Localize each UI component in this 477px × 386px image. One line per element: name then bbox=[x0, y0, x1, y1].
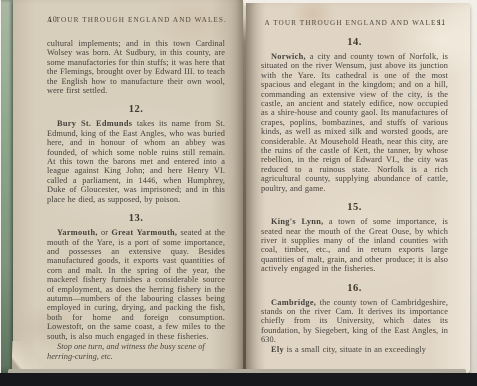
continuation-paragraph: cultural implements; and in this town Ca… bbox=[47, 39, 225, 95]
section-13-number: 13. bbox=[47, 213, 225, 224]
right-page: A TOUR THROUGH ENGLAND AND WALES. 11 14.… bbox=[246, 3, 470, 373]
running-header-left: 10 A TOUR THROUGH ENGLAND AND WALES. bbox=[47, 15, 225, 25]
ely-partial-paragraph: Ely is a small city, situate in an excee… bbox=[261, 345, 448, 354]
running-header-right: A TOUR THROUGH ENGLAND AND WALES. 11 bbox=[261, 18, 448, 28]
left-page: 10 A TOUR THROUGH ENGLAND AND WALES. cul… bbox=[13, 0, 243, 372]
ely-text: is a small city, situate in an exceeding… bbox=[284, 345, 426, 354]
section-14-text: a city and county town of Norfolk, is si… bbox=[261, 52, 448, 193]
book-scan: 10 A TOUR THROUGH ENGLAND AND WALES. cul… bbox=[0, 0, 477, 386]
section-14: 14. Norwich, a city and county town of N… bbox=[261, 37, 448, 193]
section-14-number: 14. bbox=[261, 37, 448, 48]
section-15-number: 15. bbox=[261, 202, 448, 213]
running-header-title-left: A TOUR THROUGH ENGLAND AND WALES. bbox=[47, 16, 227, 24]
section-12: 12. Bury St. Edmunds takes its name from… bbox=[47, 104, 225, 204]
running-header-title-right: A TOUR THROUGH ENGLAND AND WALES. bbox=[265, 19, 445, 27]
section-13-lead: Yarmouth, bbox=[57, 228, 98, 237]
section-15: 15. King's Lynn, a town of some importan… bbox=[261, 202, 448, 273]
page-number-left: 10 bbox=[48, 15, 57, 25]
section-16: 16. Cambridge, the county town of Cambri… bbox=[261, 283, 448, 345]
section-13-lead2: Great Yarmouth, bbox=[111, 228, 177, 237]
section-12-lead: Bury St. Edmunds bbox=[57, 119, 132, 128]
section-16-lead: Cambridge, bbox=[271, 298, 316, 307]
ely-lead: Ely bbox=[271, 345, 284, 354]
section-14-lead: Norwich, bbox=[271, 52, 306, 61]
page-number-right: 11 bbox=[437, 18, 446, 28]
book-cover-edge bbox=[1, 0, 13, 381]
scan-bottom-edge bbox=[0, 373, 477, 386]
section-14-paragraph: Norwich, a city and county town of Norfo… bbox=[261, 52, 448, 193]
section-16-paragraph: Cambridge, the county town of Cambridges… bbox=[261, 298, 448, 345]
section-12-paragraph: Bury St. Edmunds takes its name from St.… bbox=[47, 119, 225, 204]
section-13-mid: or bbox=[98, 228, 112, 237]
section-16-number: 16. bbox=[261, 283, 448, 294]
section-12-text: takes its name from St. Edmund, king of … bbox=[47, 119, 225, 203]
section-13-paragraph: Yarmouth, or Great Yarmouth, seated at t… bbox=[47, 228, 225, 341]
section-15-paragraph: King's Lynn, a town of some importance, … bbox=[261, 217, 448, 273]
section-13-text: seated at the mouth of the Yare, is a po… bbox=[47, 228, 225, 340]
section-12-number: 12. bbox=[47, 104, 225, 115]
section-15-lead: King's Lynn, bbox=[271, 217, 324, 226]
stage-direction: Stop one turn, and witness the busy scen… bbox=[47, 342, 225, 362]
section-13: 13. Yarmouth, or Great Yarmouth, seated … bbox=[47, 213, 225, 341]
